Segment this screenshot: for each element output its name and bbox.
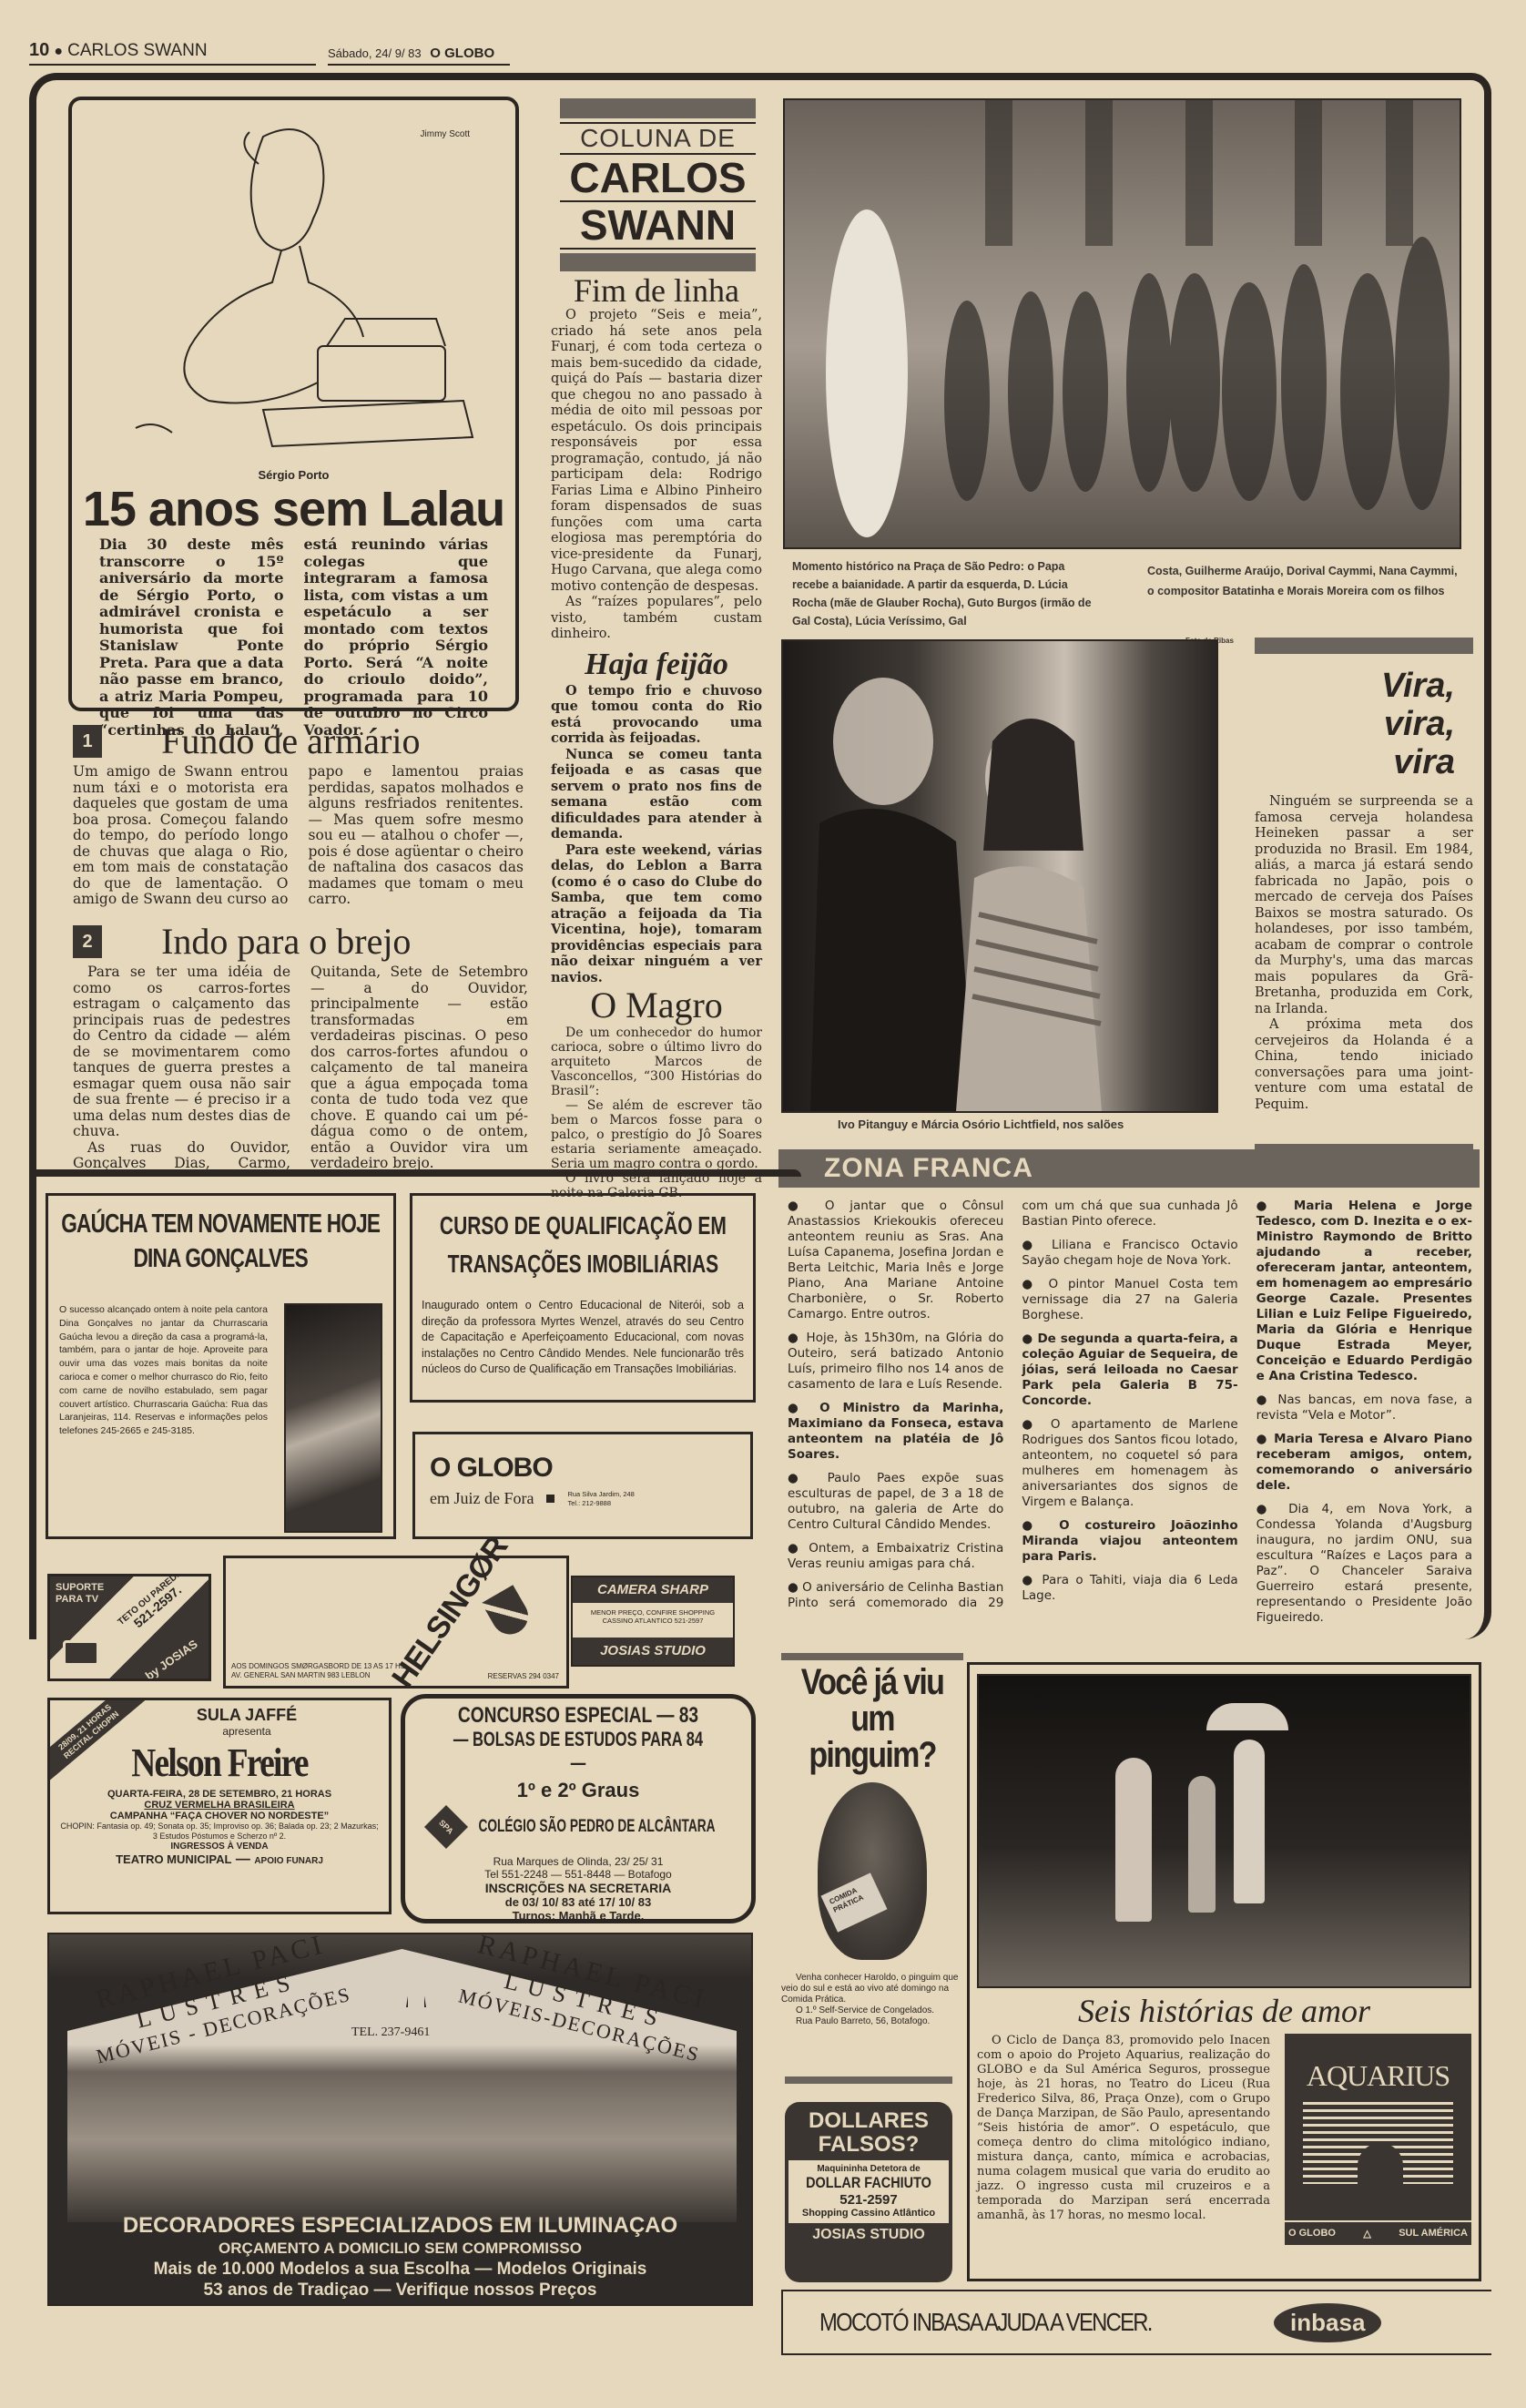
- address-marker-icon: [546, 1495, 554, 1503]
- zona-item: Para o Tahiti, viaja dia 6 Leda Lage.: [1022, 1573, 1237, 1604]
- logo-line-1: COLUNA DE: [560, 122, 756, 155]
- ad-concurso: CONCURSO ESPECIAL — 83 — BOLSAS DE ESTUD…: [401, 1694, 756, 1923]
- concurso-school: COLÉGIO SÃO PEDRO DE ALCÂNTARA: [479, 1817, 716, 1837]
- feijao-p2: Nunca se comeu tanta feijoada e as casas…: [551, 747, 762, 842]
- masthead: 10 ● CARLOS SWANN: [29, 40, 316, 66]
- zona-franca-title: ZONA FRANCA: [778, 1149, 1480, 1188]
- feijao-headline: Haja feijão: [551, 647, 762, 683]
- oglobo-phone: Tel.: 212-9888: [567, 1499, 611, 1507]
- umbrella-icon: [1206, 1703, 1288, 1730]
- brejo-article: 2 Indo para o brejo Para se ter uma idéi…: [73, 920, 528, 1166]
- helsingor-reservas: RESERVAS 294 0347: [488, 1672, 559, 1680]
- paci-text: DECORADORES ESPECIALIZADOS EM ILUMINAÇAO…: [49, 2213, 751, 2306]
- seis-body: O Ciclo de Dança 83, promovido pelo Inac…: [977, 2034, 1270, 2245]
- curso-body: Inaugurado ontem o Centro Educacional de…: [422, 1298, 744, 1378]
- vira-headline: Vira, vira, vira: [1255, 654, 1473, 794]
- feijao-p3: Para este weekend, várias delas, do Lebl…: [551, 842, 762, 986]
- spa-logo-icon: SPA: [424, 1805, 468, 1849]
- concurso-school-row: SPA COLÉGIO SÃO PEDRO DE ALCÂNTARA: [405, 1811, 751, 1842]
- camera-footer: JOSIAS STUDIO: [573, 1638, 733, 1665]
- dancer-figure-icon: [1188, 1776, 1216, 1913]
- dollares-top-bar: [785, 2076, 952, 2084]
- paci-l2: ORÇAMENTO A DOMICILIO SEM COMPROMISSO: [49, 2239, 751, 2259]
- penguin-book: COMIDA PRÁTICA: [821, 1872, 888, 1932]
- nelson-support: APOIO FUNARJ: [254, 1856, 323, 1866]
- ad-helsingor: HELSINGØR AOS DOMINGOS SMØRGASBORD DE 13…: [223, 1556, 569, 1689]
- suporte-label: SUPORTE PARA TV: [56, 1582, 101, 1606]
- pinguim-p3: Rua Paulo Barreto, 56, Botafogo.: [781, 2016, 963, 2027]
- zona-franca-items: O jantar que o Cônsul Anastassios Krieko…: [778, 1188, 1480, 1626]
- ad-seis-historias: Seis histórias de amor O Ciclo de Dança …: [967, 1662, 1481, 2281]
- pope-photo: [783, 98, 1461, 549]
- gaucha-content: O sucesso alcançado ontem à noite pela c…: [59, 1303, 382, 1533]
- fundo-heading: 1 Fundo de armário: [73, 719, 524, 762]
- couple-silhouette-icon: [783, 641, 1216, 1111]
- singer-photo: [284, 1303, 382, 1533]
- zona-item: Paulo Paes expõe suas esculturas de pape…: [788, 1471, 1003, 1533]
- brejo-body: Para se ter uma idéia de como os carros-…: [73, 964, 528, 1172]
- concurso-subtitle: — BOLSAS DE ESTUDOS PARA 84 —: [449, 1728, 708, 1775]
- nelson-venue: TEATRO MUNICIPAL: [116, 1852, 231, 1866]
- vira-p2: A próxima meta dos cervejeiros da Holand…: [1255, 1017, 1473, 1113]
- number-badge-1: 1: [73, 725, 102, 758]
- vira-p1: Ninguém se surpreenda se a famosa cervej…: [1255, 794, 1473, 1017]
- helsingor-info: AOS DOMINGOS SMØRGASBORD DE 13 AS 17 HS …: [231, 1662, 405, 1680]
- fim-p2: As “raízes populares”, pelo visto, també…: [551, 595, 762, 643]
- dollares-l4: Shopping Cassino Atlântico: [792, 2208, 945, 2219]
- seis-content: O Ciclo de Dança 83, promovido pelo Inac…: [977, 2034, 1471, 2245]
- ad-dollares-falsos: DOLLARES FALSOS? Maquininha Detetora de …: [785, 2102, 952, 2282]
- brejo-p1: Para se ter uma idéia de como os carros-…: [73, 964, 290, 1140]
- ad-camera-sharp: CAMERA SHARP MENOR PREÇO, CONFIRE SHOPPI…: [571, 1576, 735, 1667]
- concurso-grades: 1º e 2º Graus: [405, 1779, 751, 1802]
- pinguim-top-bar: [781, 1653, 963, 1660]
- ad-pinguim: Você já viu um pinguim? COMIDA PRÁTICA V…: [781, 1653, 963, 2081]
- ad-curso: CURSO DE QUALIFICAÇÃO EM TRANSAÇÕES IMOB…: [410, 1193, 756, 1403]
- dollares-l2: DOLLAR FACHIUTO: [804, 2174, 934, 2192]
- zona-item: O costureiro Joãozinho Miranda viajou an…: [1022, 1518, 1237, 1565]
- sergio-porto-illustration: Jimmy Scott: [81, 109, 506, 474]
- page-number: 10: [29, 40, 49, 60]
- nelson-venue-row: TEATRO MUNICIPAL — APOIO FUNARJ: [50, 1852, 389, 1868]
- sponsor-sul-america: SUL AMÉRICA: [1399, 2228, 1468, 2240]
- oglobo-address-block: Rua Silva Jardim, 248 Tel.: 212-9888: [567, 1490, 634, 1508]
- ad-inbasa: MOCOTÓ INBASA AJUDA A VENCER. inbasa: [781, 2290, 1491, 2355]
- fim-headline: Fim de linha: [551, 273, 762, 308]
- concurso-insc: INSCRIÇÕES NA SECRETARIA: [405, 1881, 751, 1895]
- inbasa-slogan: MOCOTÓ INBASA AJUDA A VENCER.: [819, 2308, 1152, 2337]
- dollares-inner: Maquininha Detetora de DOLLAR FACHIUTO 5…: [788, 2160, 949, 2223]
- suporte-brand: by JOSIAS: [143, 1637, 200, 1681]
- zona-franca: ZONA FRANCA O jantar que o Cônsul Anasta…: [778, 1149, 1480, 1605]
- section-name: CARLOS SWANN: [67, 41, 207, 60]
- ad-nelson-freire: 28/09, 21 HORAS RECITAL CHOPIN SULA JAFF…: [47, 1698, 392, 1914]
- fundo-article: 1 Fundo de armário Um amigo de Swann ent…: [73, 719, 524, 915]
- logo-bottom-bar: [560, 253, 756, 271]
- helsingor-line2: AV. GENERAL SAN MARTIN 983 LEBLON: [231, 1671, 405, 1680]
- helsingor-line1: AOS DOMINGOS SMØRGASBORD DE 13 AS 17 HS: [231, 1662, 405, 1671]
- zona-item: O Ministro da Marinha, Maximiano da Fons…: [788, 1401, 1003, 1463]
- pinguim-p2: O 1.º Self-Service de Congelados.: [781, 2005, 963, 2016]
- nelson-program: CHOPIN: Fantasia op. 49; Sonata op. 35; …: [50, 1821, 389, 1842]
- lalau-box: Jimmy Scott Sérgio Porto 15 anos sem Lal…: [68, 97, 519, 711]
- lalau-body: Dia 30 deste mês transcorre o 15º aniver…: [81, 536, 506, 739]
- pope-caption-left: Momento histórico na Praça de São Pedro:…: [792, 557, 1102, 630]
- vira-top-bar: [1255, 638, 1473, 654]
- zona-item: O pintor Manuel Costa tem vernissage dia…: [1022, 1277, 1237, 1323]
- camera-body: MENOR PREÇO, CONFIRE SHOPPING CASSINO AT…: [573, 1603, 733, 1630]
- ad-suporte-tv: SUPORTE PARA TV TETO OU PAREDE 521-2597.…: [47, 1574, 211, 1681]
- zona-item: Maria Helena e Jorge Tedesco, com D. Ine…: [1256, 1199, 1472, 1384]
- logo-line-2: CARLOS: [560, 155, 756, 202]
- pope-caption: Momento histórico na Praça de São Pedro:…: [792, 557, 1466, 639]
- paci-l3: Mais de 10.000 Modelos a sua Escolha — M…: [49, 2259, 751, 2280]
- column-logo: COLUNA DE CARLOS SWANN: [560, 98, 756, 271]
- nelson-org: CRUZ VERMELHA BRASILEIRA: [50, 1800, 389, 1811]
- penguin-icon: COMIDA PRÁTICA: [818, 1782, 927, 1960]
- camera-title: CAMERA SHARP: [573, 1577, 733, 1603]
- middle-column: Fim de linha O projeto “Seis e meia”, cr…: [551, 273, 762, 1148]
- number-badge-2: 2: [73, 925, 102, 958]
- illustration-credit: Jimmy Scott: [421, 129, 470, 139]
- dollares-l1: Maquininha Detetora de: [792, 2164, 945, 2174]
- brejo-heading: 2 Indo para o brejo: [73, 920, 528, 963]
- pitanguy-photo: [781, 639, 1218, 1113]
- dollares-l3: 521-2597: [792, 2192, 945, 2208]
- feijao-p1: O tempo frio e chuvoso que tomou conta d…: [551, 683, 762, 747]
- dollares-title: DOLLARES FALSOS?: [785, 2102, 952, 2160]
- oglobo-city: em Juiz de Fora: [430, 1489, 534, 1508]
- paci-sign-tel: TEL. 237-9461: [351, 2025, 430, 2040]
- pinguim-headline: Você já viu um pinguim?: [795, 1664, 950, 1773]
- conductor-icon: [1358, 2143, 1403, 2198]
- seis-headline: Seis histórias de amor: [977, 1988, 1471, 2034]
- curso-headline: CURSO DE QUALIFICAÇÃO EM TRANSAÇÕES IMOB…: [422, 1207, 743, 1283]
- zona-item: Ontem, a Embaixatriz Cristina Veras reun…: [788, 1541, 1003, 1572]
- paci-l5: Rua Barata Ribeiro 752 — Copacabana — F.…: [49, 2301, 751, 2306]
- brejo-headline: Indo para o brejo: [161, 921, 411, 962]
- dancer-figure-icon: [1234, 1740, 1265, 1903]
- inbasa-logo: inbasa: [1274, 2303, 1381, 2342]
- gaucha-body: O sucesso alcançado ontem à noite pela c…: [59, 1303, 268, 1533]
- concurso-address: Rua Marques de Olinda, 23/ 25/ 31: [405, 1855, 751, 1868]
- dance-photo: [977, 1674, 1471, 1988]
- ad-oglobo-jf: O GLOBO em Juiz de Fora Rua Silva Jardim…: [412, 1432, 753, 1539]
- zona-item: Hoje, às 15h30m, na Glória do Outeiro, s…: [788, 1331, 1003, 1393]
- tv-icon: [63, 1640, 99, 1666]
- zona-item: O apartamento de Marlene Rodrigues dos S…: [1022, 1417, 1237, 1510]
- oglobo-jf-row: em Juiz de Fora Rua Silva Jardim, 248 Te…: [430, 1489, 736, 1508]
- bullet-icon: ●: [54, 44, 63, 59]
- fundo-headline: Fundo de armário: [161, 720, 420, 761]
- oglobo-address: Rua Silva Jardim, 248: [567, 1490, 634, 1498]
- suporte-diag: TETO OU PAREDE 521-2597.: [116, 1574, 194, 1639]
- zona-item: O jantar que o Cônsul Anastassios Krieko…: [788, 1199, 1003, 1322]
- crowd-silhouette-icon: [785, 100, 1460, 547]
- paci-l1: DECORADORES ESPECIALIZADOS EM ILUMINAÇAO: [49, 2213, 751, 2239]
- paci-l4: 53 anos de Tradiçao — Verifique nossos P…: [49, 2280, 751, 2301]
- zona-franca-title-text: ZONA FRANCA: [824, 1153, 1033, 1183]
- zona-item: Dia 4, em Nova York, a Condessa Yolanda …: [1256, 1502, 1472, 1626]
- zona-item: Nas bancas, em nova fase, a revista “Vel…: [1256, 1393, 1472, 1423]
- aquarius-logo: AQUARIUS O GLOBO △ SUL AMÉRICA: [1285, 2034, 1471, 2245]
- pitanguy-caption: Ivo Pitanguy e Márcia Osório Lichtfield,…: [838, 1117, 1124, 1131]
- zona-item: Liliana e Francisco Octavio Sayão chegam…: [1022, 1238, 1237, 1269]
- zona-item: De segunda a quarta-feira, a coleção Agu…: [1022, 1332, 1237, 1409]
- sul-america-logo-icon: △: [1363, 2228, 1370, 2240]
- concurso-turnos: Turnos: Manhã e Tarde.: [405, 1909, 751, 1923]
- concurso-dates: de 03/ 10/ 83 até 17/ 10/ 83: [405, 1895, 751, 1909]
- pope-caption-right: Costa, Guilherme Araújo, Dorival Caymmi,…: [1147, 561, 1461, 601]
- ad-gaucha: GAÚCHA TEM NOVAMENTE HOJE DINA GONÇALVES…: [46, 1193, 396, 1539]
- aquarius-sponsors: O GLOBO △ SUL AMÉRICA: [1285, 2220, 1471, 2245]
- dancer-figure-icon: [1115, 1758, 1152, 1922]
- zona-item: Maria Teresa e Alvaro Piano receberam am…: [1256, 1432, 1472, 1494]
- lalau-headline: 15 anos sem Lalau: [81, 482, 506, 536]
- logo-top-bar: [560, 98, 756, 118]
- typewriter-drawing-icon: [81, 109, 509, 474]
- masthead-date-block: Sábado, 24/ 9/ 83 O GLOBO: [328, 46, 510, 66]
- helsingor-shield-icon: [482, 1585, 535, 1641]
- magro-headline: O Magro: [551, 985, 762, 1025]
- pinguim-p1: Venha conhecer Haroldo, o pinguim que ve…: [781, 1973, 963, 2005]
- fim-p1: O projeto “Seis e meia”, criado há sete …: [551, 308, 762, 595]
- section-divider: [36, 1169, 801, 1177]
- logo-line-3: SWANN: [560, 202, 756, 250]
- magro-p2: — Se além de escrever tão bem o Marcos f…: [551, 1098, 762, 1171]
- aquarius-wordmark: AQUARIUS: [1285, 2034, 1471, 2093]
- paper-name: O GLOBO: [430, 46, 494, 61]
- issue-date: Sábado, 24/ 9/ 83: [328, 46, 422, 60]
- magro-p1: De um conhecedor do humor carioca, sobre…: [551, 1025, 762, 1098]
- nelson-when: QUARTA-FEIRA, 28 DE SETEMBRO, 21 HORAS: [50, 1789, 389, 1800]
- concurso-title: CONCURSO ESPECIAL — 83: [440, 1704, 717, 1728]
- nelson-artist: Nelson Freire: [76, 1738, 363, 1789]
- pinguim-text: Venha conhecer Haroldo, o pinguim que ve…: [781, 1973, 963, 2027]
- vira-article: Vira, vira, vira Ninguém se surpreenda s…: [1255, 638, 1473, 1129]
- ad-raphael-paci: RAPHAEL PACI LUSTRES MÓVEIS - DECORAÇÕES…: [47, 1933, 753, 2306]
- gaucha-headline: GAÚCHA TEM NOVAMENTE HOJE DINA GONÇALVES: [59, 1207, 381, 1276]
- dollares-footer: JOSIAS STUDIO: [785, 2227, 952, 2243]
- nelson-tickets: INGRESSOS À VENDA: [50, 1842, 389, 1852]
- concurso-phone: Tel 551-2248 — 551-8448 — Botafogo: [405, 1868, 751, 1881]
- oglobo-logo: O GLOBO: [430, 1453, 736, 1484]
- fundo-body: Um amigo de Swann entrou num táxi e o mo…: [73, 764, 524, 908]
- nelson-campaign: CAMPANHA “FAÇA CHOVER NO NORDESTE”: [50, 1811, 389, 1821]
- sponsor-oglobo: O GLOBO: [1288, 2228, 1336, 2240]
